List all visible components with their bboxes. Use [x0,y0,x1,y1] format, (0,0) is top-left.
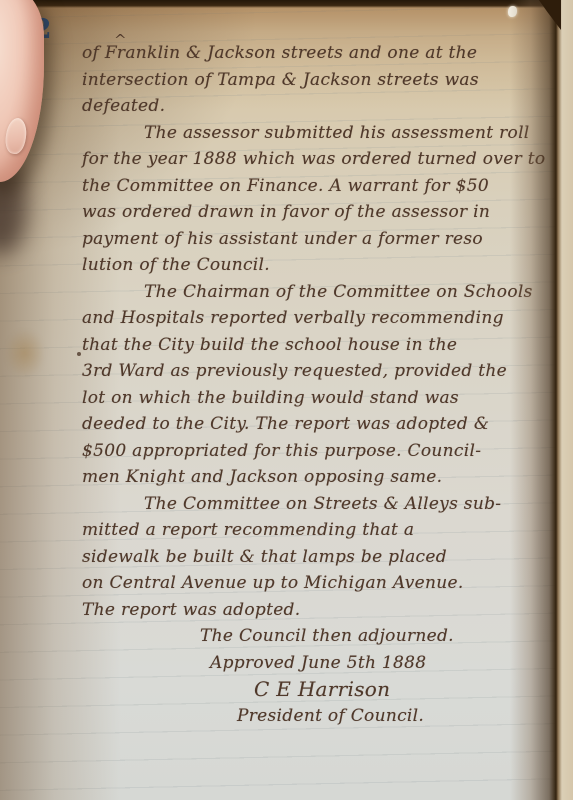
handwriting-block: of Franklin & Jackson streets and one at… [82,40,565,729]
handwriting-line: on Central Avenue up to Michigan Avenue. [82,570,565,597]
handwriting-line: lution of the Council. [82,252,565,279]
handwriting-line: intersection of Tampa & Jackson streets … [82,67,565,94]
handwriting-line: Approved June 5th 1888 [82,650,565,677]
handwriting-line: The assessor submitted his assessment ro… [82,120,565,147]
handwriting-line: The Chairman of the Committee on Schools [82,279,565,306]
handwriting-line: President of Council. [82,703,565,730]
handwriting-line: sidewalk be built & that lamps be placed [82,544,565,571]
handwriting-line: and Hospitals reported verbally recommen… [82,305,565,332]
handwriting-line: payment of his assistant under a former … [82,226,565,253]
handwriting-line: of Franklin & Jackson streets and one at… [82,40,565,67]
handwriting-line: the Committee on Finance. A warrant for … [82,173,565,200]
ink-dot [77,352,81,356]
handwriting-line: The Council then adjourned. [82,623,565,650]
facing-page-edge [556,0,573,800]
handwriting-line: The report was adopted. [82,597,565,624]
handwriting-line: deeded to the City. The report was adopt… [82,411,565,438]
handwriting-line: defeated. [82,93,565,120]
paper-chip [508,6,517,17]
handwriting-line: mitted a report recommending that a [82,517,565,544]
handwriting-line: $500 appropriated for this purpose. Coun… [82,438,565,465]
handwriting-line: 3rd Ward as previously requested, provid… [82,358,565,385]
ledger-photo: 02 ^ of Franklin & Jackson streets and o… [0,0,573,800]
handwriting-line: men Knight and Jackson opposing same. [82,464,565,491]
handwriting-line: that the City build the school house in … [82,332,565,359]
handwriting-line: for the year 1888 which was ordered turn… [82,146,565,173]
handwriting-line: C E Harrison [82,676,565,703]
paper-stain [6,330,44,376]
page-top-edge [0,0,573,8]
handwriting-line: The Committee on Streets & Alleys sub- [82,491,565,518]
handwriting-line: lot on which the building would stand wa… [82,385,565,412]
handwriting-line: was ordered drawn in favor of the assess… [82,199,565,226]
